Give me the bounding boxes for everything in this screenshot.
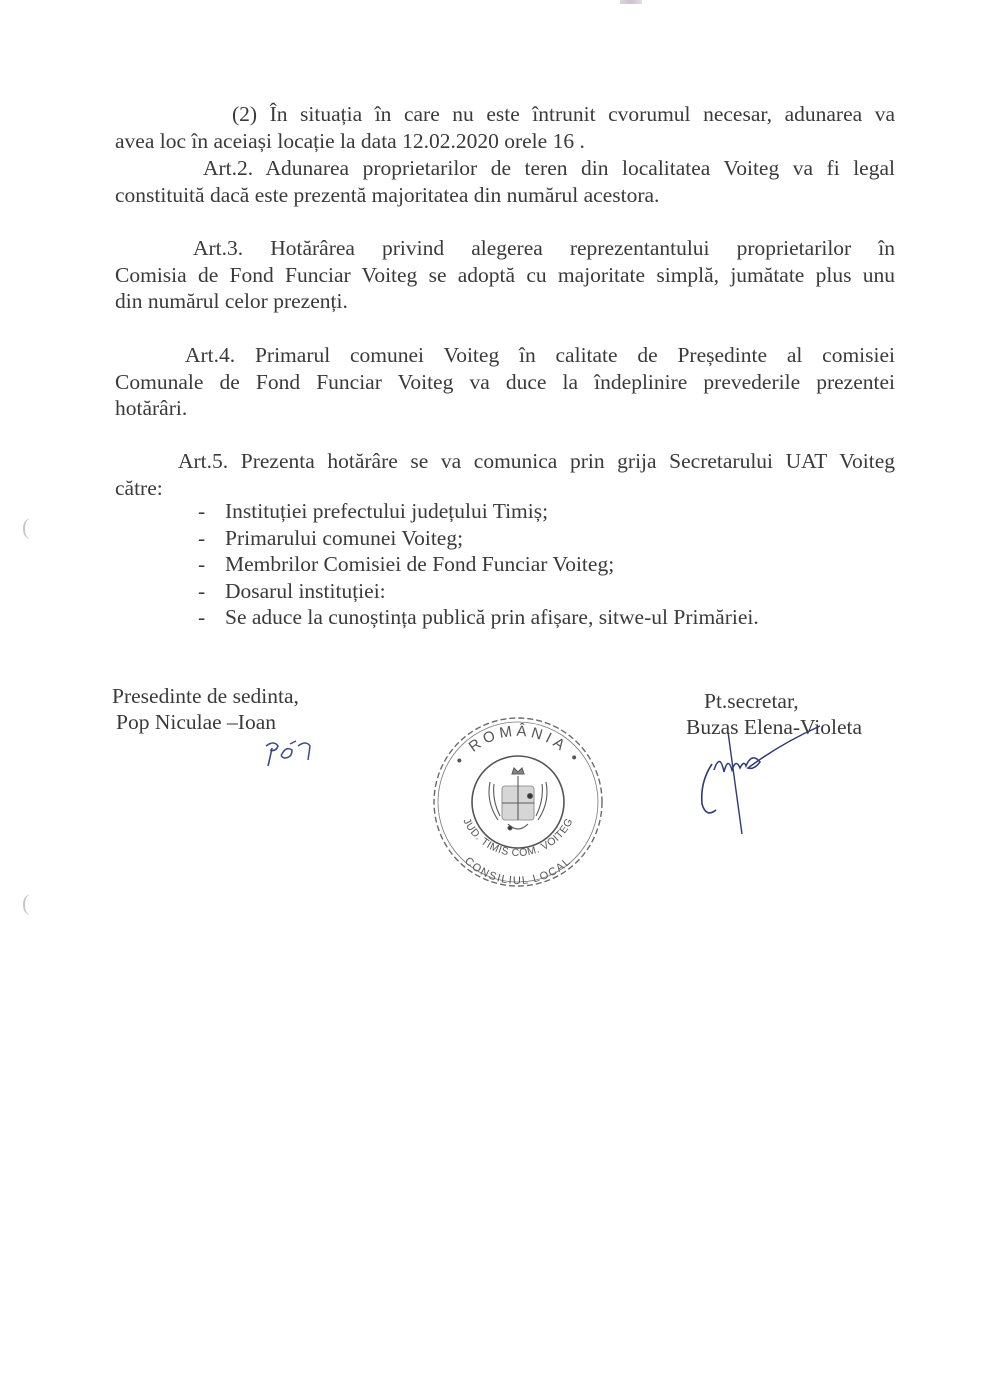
svg-text:CONSILIUL LOCAL: CONSILIUL LOCAL bbox=[462, 855, 574, 887]
paragraph-art4: Art.4. Primarul comunei Voiteg în calita… bbox=[115, 342, 895, 422]
signature-role: Pt.secretar, bbox=[686, 688, 862, 714]
list-item: Instituției prefectului județului Timiș; bbox=[195, 498, 759, 525]
paragraph-art3: Art.3. Hotărârea privind alegerea reprez… bbox=[115, 235, 895, 315]
text-line: Comunale de Fond Funciar Voiteg va duce … bbox=[115, 369, 895, 396]
text-line: Art.5. Prezenta hotărâre se va comunica … bbox=[115, 448, 895, 475]
text-line: Comisia de Fond Funciar Voiteg se adoptă… bbox=[115, 262, 895, 289]
text-line: Art.2. Adunarea proprietarilor de teren … bbox=[115, 155, 895, 182]
text-line: Art.4. Primarul comunei Voiteg în calita… bbox=[115, 342, 895, 369]
paragraph-art5: Art.5. Prezenta hotărâre se va comunica … bbox=[115, 448, 895, 501]
recipients-list: Instituției prefectului județului Timiș;… bbox=[195, 498, 759, 631]
svg-text:• ROMÂNIA •: • ROMÂNIA • bbox=[451, 723, 584, 768]
scan-artifact: ( bbox=[22, 890, 29, 916]
text-line: constituită dacă este prezentă majoritat… bbox=[115, 182, 895, 209]
list-item: Primarului comunei Voiteg; bbox=[195, 525, 759, 552]
official-seal: • ROMÂNIA • CONSILIUL LOCAL JUD. TIMIS C… bbox=[428, 712, 608, 892]
signature-role: Presedinte de sedinta, bbox=[112, 683, 299, 709]
text-line: (2) În situația în care nu este întrunit… bbox=[115, 101, 895, 128]
paragraph-art1-alin2: (2) În situația în care nu este întrunit… bbox=[115, 101, 895, 154]
handwritten-signature-president bbox=[262, 738, 322, 768]
list-item: Se aduce la cunoștința publică prin afiș… bbox=[195, 604, 759, 631]
text-line: din numărul celor prezenți. bbox=[115, 288, 895, 315]
paragraph-art2: Art.2. Adunarea proprietarilor de teren … bbox=[115, 155, 895, 208]
document-page: (2) În situația în care nu este întrunit… bbox=[0, 0, 990, 1400]
text-line: avea loc în aceiași locație la data 12.0… bbox=[115, 128, 895, 155]
signature-block-president: Presedinte de sedinta, Pop Niculae –Ioan bbox=[112, 683, 299, 735]
text-line: Art.3. Hotărârea privind alegerea reprez… bbox=[115, 235, 895, 262]
signature-name: Pop Niculae –Ioan bbox=[112, 709, 299, 735]
scan-artifact: ( bbox=[22, 514, 29, 540]
text-line: hotărâri. bbox=[115, 395, 895, 422]
handwritten-signature-secretary bbox=[690, 722, 840, 842]
coat-of-arms-icon bbox=[489, 768, 547, 830]
list-item: Dosarul instituției: bbox=[195, 578, 759, 605]
list-item: Membrilor Comisiei de Fond Funciar Voite… bbox=[195, 551, 759, 578]
